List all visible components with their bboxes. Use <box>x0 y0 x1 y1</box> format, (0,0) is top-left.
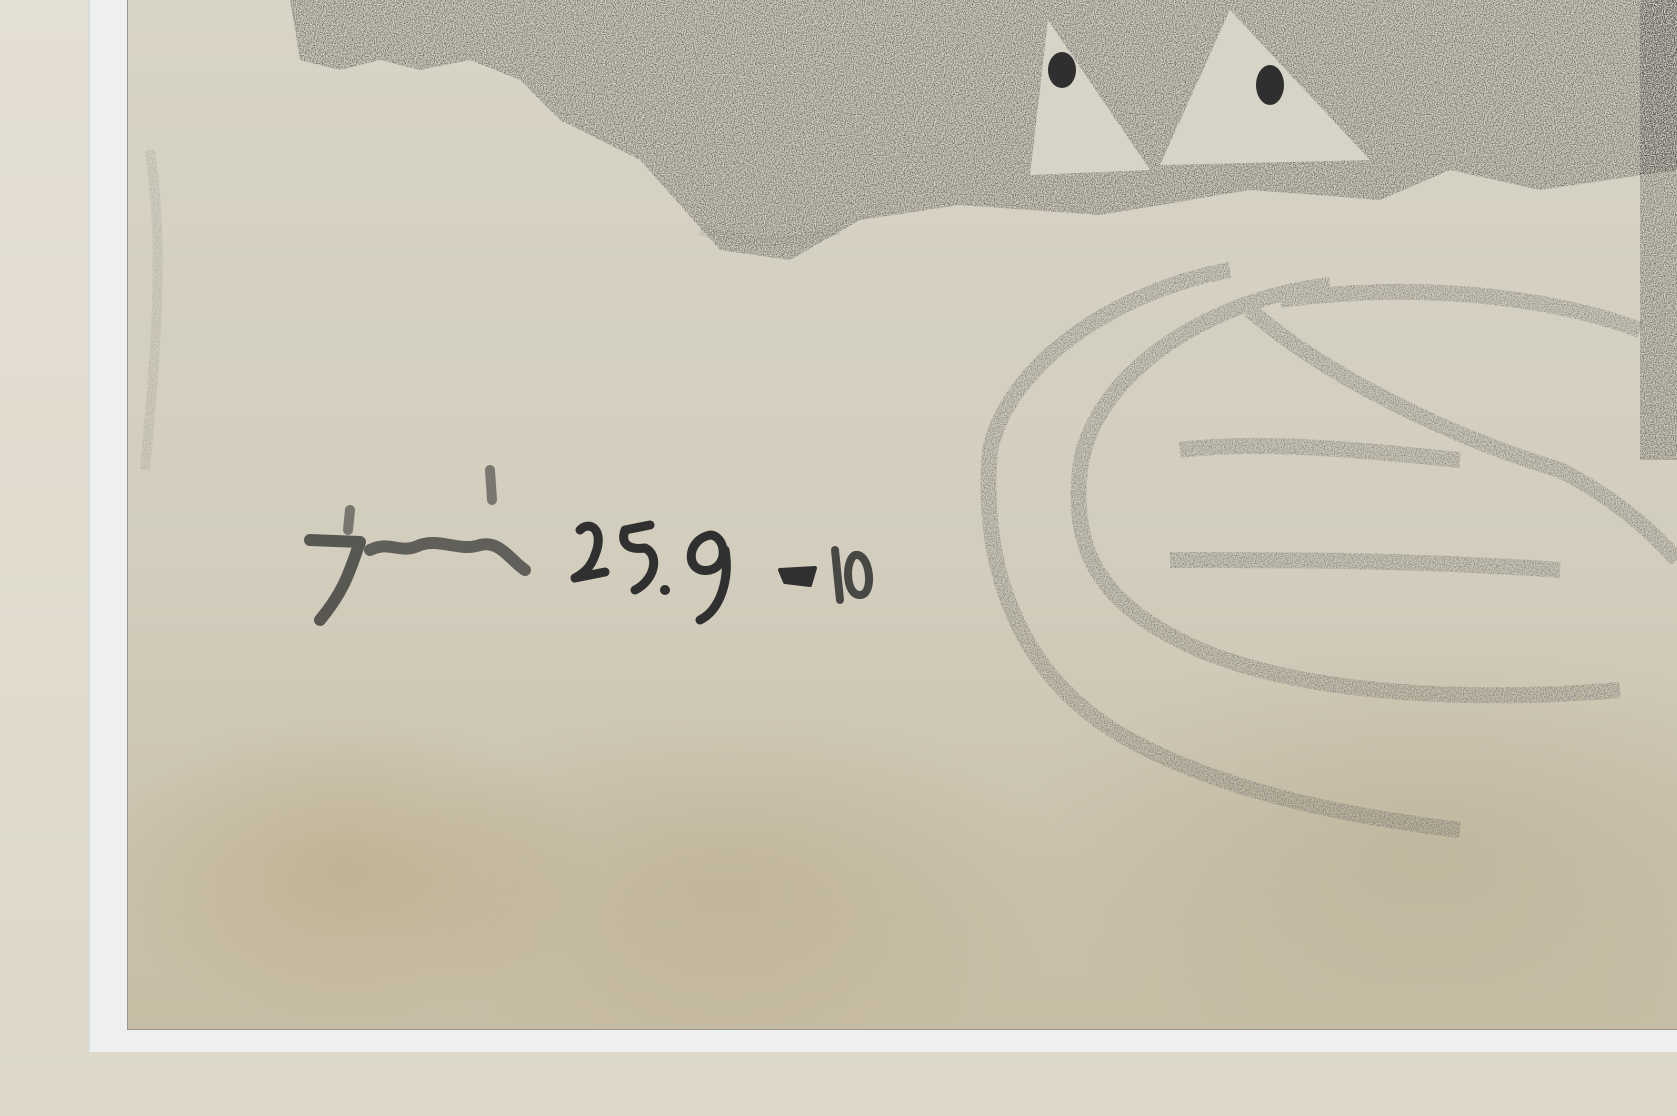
artist-signature: Jiri 25.9-10 <box>290 460 990 660</box>
signature-text: Jiri 25.9-10 <box>290 653 296 656</box>
